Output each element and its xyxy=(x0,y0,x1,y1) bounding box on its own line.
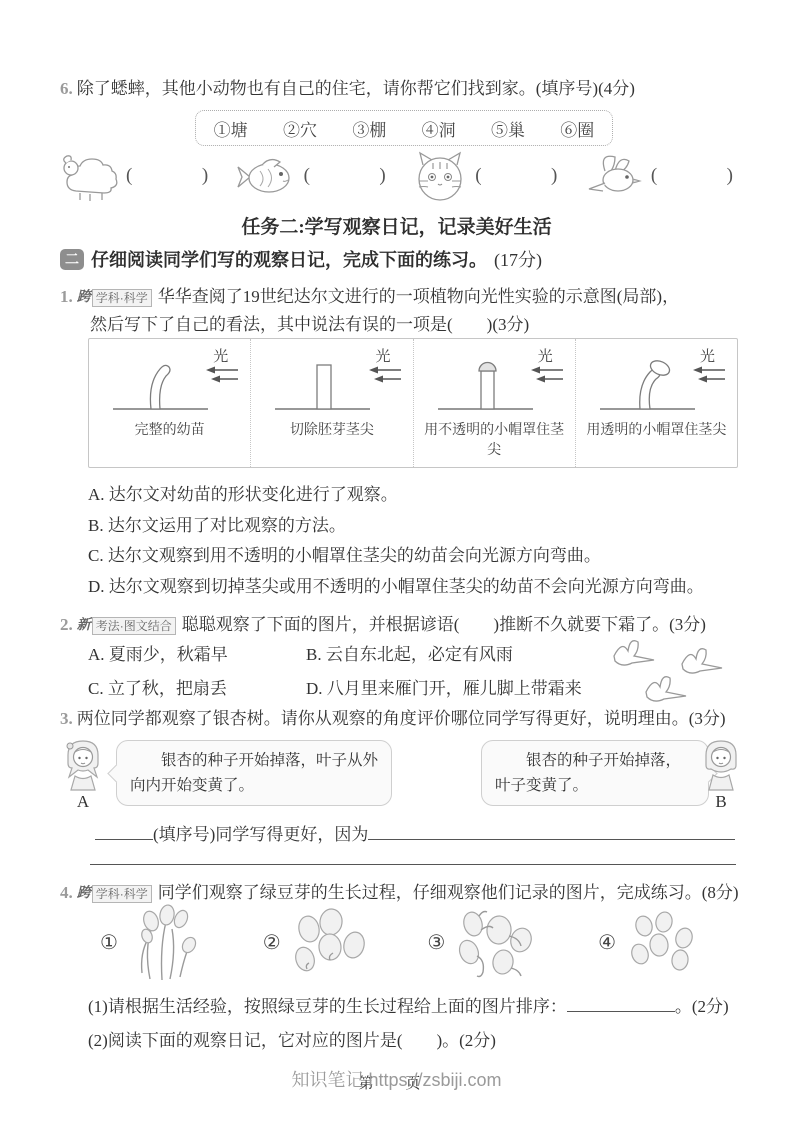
bean-stage-sprouting: ③ xyxy=(427,904,539,980)
badge-prefix: 跨 xyxy=(77,881,91,907)
swollen-beans-icon xyxy=(287,907,369,977)
student-b-bubble: 银杏的种子开始掉落，叶子变黄了。 xyxy=(481,740,709,806)
question-6-text: 除了蟋蟀，其他小动物也有自己的住宅，请你帮它们找到家。(填序号)(4分) xyxy=(77,79,635,98)
girl-a-avatar xyxy=(62,738,104,792)
option-c: C. 达尔文观察到用不透明的小帽罩住茎尖的幼苗会向光源方向弯曲。 xyxy=(88,541,704,572)
option-c: C. 立了秋，把扇丢 xyxy=(88,672,306,706)
badge-prefix: 新 xyxy=(77,613,91,639)
section-instruction: 仔细阅读同学们写的观察日记，完成下面的练习。 xyxy=(91,246,487,272)
answer-blank-reason-line2[interactable] xyxy=(90,846,736,865)
question-1-options: A. 达尔文对幼苗的形状变化进行了观察。 B. 达尔文运用了对比观察的方法。 C… xyxy=(88,480,704,602)
answer-line-text: (填序号)同学写得更好，因为 xyxy=(153,820,368,845)
question-3-text: 两位同学都观察了银杏树。请你从观察的角度评价哪位同学写得更好，说明理由。(3分) xyxy=(77,709,726,728)
answer-blank-number[interactable] xyxy=(95,821,153,840)
word-bank-item: ②穴 xyxy=(283,116,317,141)
section-header: 二 仔细阅读同学们写的观察日记，完成下面的练习。 (17分) xyxy=(60,246,542,272)
page-footer: 第 页 知识笔记 https://zsbiji.com xyxy=(0,1062,793,1102)
badge-new-format: 新考法·图文结合 xyxy=(77,613,176,639)
watermark-link[interactable]: 知识笔记 https://zsbiji.com xyxy=(0,1066,793,1092)
cut-tip-seedling-art xyxy=(265,347,385,417)
experiment-diagram: 光 完整的幼苗 光 切除胚芽茎尖 光 xyxy=(88,338,738,468)
question-3-number: 3. xyxy=(60,709,73,728)
student-b-label: B xyxy=(715,792,726,812)
word-bank-item: ④洞 xyxy=(422,116,456,141)
student-b: B xyxy=(700,738,742,812)
word-bank-item: ⑥圈 xyxy=(560,116,594,141)
question-1-text-line1: 华华查阅了19世纪达尔文进行的一项植物向光性实验的示意图(局部)， xyxy=(158,287,679,306)
question-1-line2: 然后写下了自己的看法，其中说法有误的一项是( )(3分) xyxy=(90,312,529,338)
sub1-score: 。(2分) xyxy=(675,992,729,1017)
option-a: A. 达尔文对幼苗的形状变化进行了观察。 xyxy=(88,480,704,511)
question-4-sub2: (2)阅读下面的观察日记，它对应的图片是( )。(2分) xyxy=(88,1026,496,1051)
bean-stage-sprouts: ① xyxy=(100,903,204,981)
image-number: ① xyxy=(100,930,118,955)
answer-blank-order[interactable] xyxy=(567,993,675,1012)
opaque-cap-seedling-art xyxy=(428,347,548,417)
answer-blank-sheep[interactable]: ( ) xyxy=(126,165,210,187)
image-number: ④ xyxy=(598,930,616,955)
question-6: 6.除了蟋蟀，其他小动物也有自己的住宅，请你帮它们找到家。(填序号)(4分) xyxy=(60,76,635,102)
bean-stage-dry: ④ xyxy=(598,910,700,974)
answer-blank-cat[interactable]: ( ) xyxy=(475,165,559,187)
option-b: B. 达尔文运用了对比观察的方法。 xyxy=(88,511,704,542)
panel-caption: 完整的幼苗 xyxy=(97,421,242,441)
diagram-panel-2: 光 切除胚芽茎尖 xyxy=(251,339,413,467)
question-4-sub1: (1)请根据生活经验，按照绿豆芽的生长过程给上面的图片排序： 。(2分) xyxy=(88,992,738,1017)
question-1: 1.跨学科·科学华华查阅了19世纪达尔文进行的一项植物向光性实验的示意图(局部)… xyxy=(60,284,679,311)
bean-growth-images: ① ② xyxy=(100,902,700,982)
question-6-number: 6. xyxy=(60,79,73,98)
animal-group-cat: ( ) xyxy=(413,150,559,202)
task-title: 任务二:学写观察日记，记录美好生活 xyxy=(0,212,793,239)
animal-group-fish: ( ) xyxy=(236,153,388,199)
question-2-options: A. 夏雨少，秋霜早 B. 云自东北起，必定有风雨 C. 立了秋，把扇丢 D. … xyxy=(88,638,582,706)
panel-caption: 用不透明的小帽罩住茎尖 xyxy=(422,421,567,461)
word-bank-item: ③棚 xyxy=(352,116,386,141)
question-4-number: 4. xyxy=(60,883,73,902)
panel-caption: 用透明的小帽罩住茎尖 xyxy=(584,421,729,441)
student-a-label: A xyxy=(77,792,89,812)
bean-stage-swollen: ② xyxy=(263,907,369,977)
student-a: A xyxy=(62,738,104,812)
sub1-text: (1)请根据生活经验，按照绿豆芽的生长过程给上面的图片排序： xyxy=(88,992,567,1017)
answer-blank-reason[interactable] xyxy=(368,821,735,840)
worksheet-page: 6.除了蟋蟀，其他小动物也有自己的住宅，请你帮它们找到家。(填序号)(4分) ①… xyxy=(0,0,793,1122)
diagram-panel-4: 光 用透明的小帽罩住茎尖 xyxy=(576,339,737,467)
flying-geese-icon xyxy=(600,630,740,702)
image-number: ③ xyxy=(427,930,445,955)
badge-prefix: 跨 xyxy=(77,285,91,311)
section-score: (17分) xyxy=(494,246,542,272)
girl-b-avatar xyxy=(700,738,742,792)
answer-blank-bird[interactable]: ( ) xyxy=(651,165,735,187)
question-1-number: 1. xyxy=(60,287,73,306)
animal-group-bird: ( ) xyxy=(585,151,735,201)
bird-icon xyxy=(585,151,643,201)
bean-sprouts-tall-icon xyxy=(124,903,204,981)
panel-caption: 切除胚芽茎尖 xyxy=(259,421,404,441)
option-a: A. 夏雨少，秋霜早 xyxy=(88,638,306,672)
answer-blank-fish[interactable]: ( ) xyxy=(304,165,388,187)
intact-seedling-art xyxy=(103,347,223,417)
transparent-cap-seedling-art xyxy=(590,347,710,417)
word-bank-item: ⑤巢 xyxy=(491,116,525,141)
section-marker-icon: 二 xyxy=(60,249,84,270)
sprouting-beans-icon xyxy=(451,904,539,980)
badge-label: 考法·图文结合 xyxy=(92,617,176,635)
option-d: D. 达尔文观察到切掉茎尖或用不透明的小帽罩住茎尖的幼苗不会向光源方向弯曲。 xyxy=(88,572,704,603)
cat-icon xyxy=(413,150,467,202)
fish-icon xyxy=(236,153,296,199)
question-3-answer-line: (填序号)同学写得更好，因为 xyxy=(95,820,735,845)
word-bank: ①塘 ②穴 ③棚 ④洞 ⑤巢 ⑥圈 xyxy=(195,110,613,146)
option-b: B. 云自东北起，必定有风雨 xyxy=(306,638,513,672)
option-d: D. 八月里来雁门开，雁儿脚上带霜来 xyxy=(306,672,582,706)
badge-cross-subject: 跨学科·科学 xyxy=(77,285,152,311)
diagram-panel-3: 光 用不透明的小帽罩住茎尖 xyxy=(414,339,576,467)
sheep-icon xyxy=(60,151,118,201)
question-4-text: 同学们观察了绿豆芽的生长过程，仔细观察他们记录的图片，完成练习。(8分) xyxy=(158,883,739,902)
dry-beans-icon xyxy=(622,910,700,974)
word-bank-item: ①塘 xyxy=(214,116,248,141)
question-2-number: 2. xyxy=(60,615,73,634)
animal-group-sheep: ( ) xyxy=(60,151,210,201)
diagram-panel-1: 光 完整的幼苗 xyxy=(89,339,251,467)
animals-row: ( ) ( ) xyxy=(60,146,735,206)
question-3: 3.两位同学都观察了银杏树。请你从观察的角度评价哪位同学写得更好，说明理由。(3… xyxy=(60,706,726,732)
badge-label: 学科·科学 xyxy=(92,289,152,307)
student-a-bubble: 银杏的种子开始掉落，叶子从外向内开始变黄了。 xyxy=(116,740,392,806)
image-number: ② xyxy=(263,930,281,955)
badge-label: 学科·科学 xyxy=(92,885,152,903)
